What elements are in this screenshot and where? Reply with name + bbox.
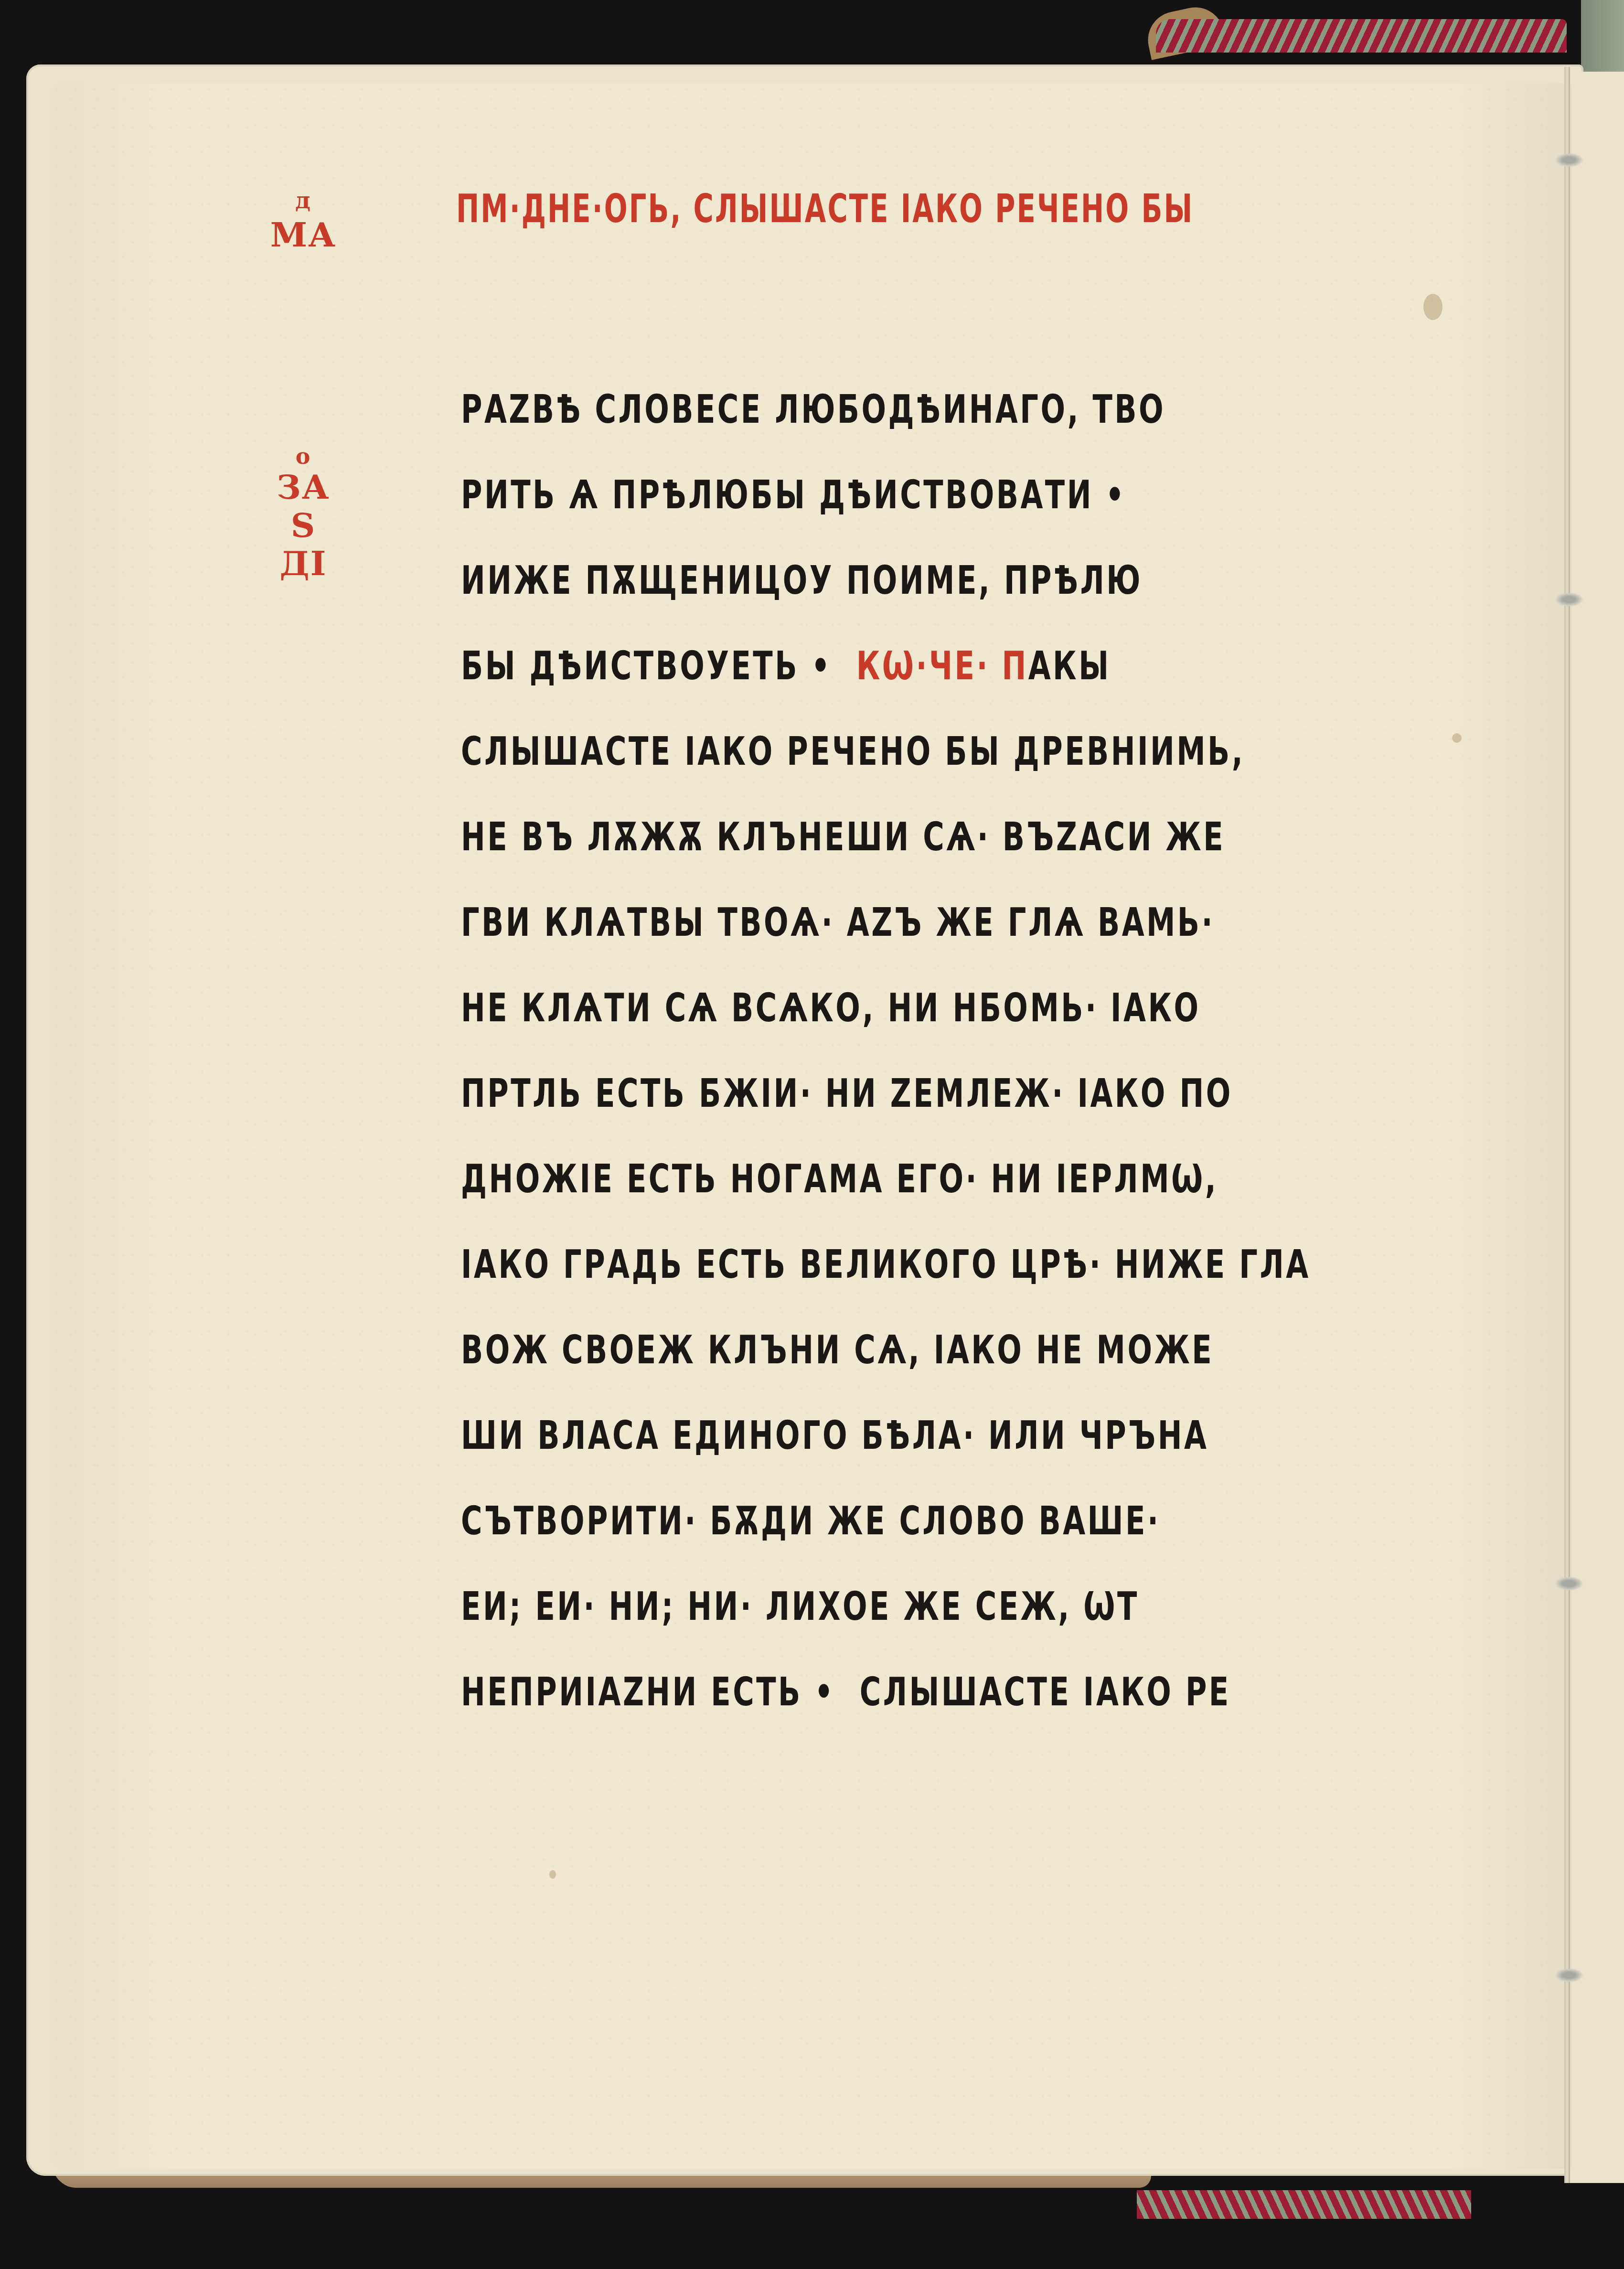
text-line: БЫ ДѢИСТВОУЕТЬ • КѠ·ЧЕ· П АКЫ xyxy=(461,600,1168,686)
line-text: СЛЫШАСТЕ ІАКО РЕЧЕНО БЫ ДРЕВНІИМЬ, xyxy=(461,732,1245,771)
line-text: ИИЖЕ ПѪЩЕНИЦОУ ПОИМЕ, ПРѢЛЮ xyxy=(461,561,1143,600)
text-line: ГВИ КЛѦТВЫ ТВОѦ· АZЪ ЖЕ ГЛѦ ВАМЬ· xyxy=(461,857,1168,942)
rubric-incipit: КѠ·ЧЕ· П xyxy=(856,647,1028,686)
text-line: НЕ КЛѦТИ СѦ ВСѦКО, НИ НБОМЬ· ІАКО xyxy=(461,942,1168,1028)
text-line: НЕ ВЪ ЛѪЖѪ КЛЪНЕШИ СѦ· ВЪZАСИ ЖЕ xyxy=(461,771,1168,857)
facing-leaf-edge xyxy=(1570,72,1624,2183)
binding-cord-bottom xyxy=(1137,2190,1471,2219)
line-text: ІАКО ГРАДЬ ЕСТЬ ВЕЛИКОГО ЦРѢ· НИЖЕ ГЛА xyxy=(461,1245,1311,1284)
line-text: ВОЖ СВОЕЖ КЛЪНИ СѦ, ІАКО НЕ МОЖЕ xyxy=(461,1331,1214,1370)
rubric-header: ПМ·ДНЕ·ОГЬ, СЛЫШАСТЕ ІАКО РЕЧЕНО БЫ xyxy=(456,186,1183,232)
gospel-reference: о ЗА S ДI xyxy=(265,444,342,583)
binding-cord-top xyxy=(1156,19,1567,53)
folio-mark-text: МА xyxy=(270,215,337,255)
line-text: ШИ ВЛАСА ЕДИНОГО БѢЛА· ИЛИ ЧРЪНА xyxy=(461,1416,1208,1456)
text-line: ПРТЛЬ ЕСТЬ БЖІИ· НИ ZЕМЛЕЖ· ІАКО ПО xyxy=(461,1028,1168,1113)
line-text: ПРТЛЬ ЕСТЬ БЖІИ· НИ ZЕМЛЕЖ· ІАКО ПО xyxy=(461,1074,1233,1113)
sewing-hole xyxy=(1555,153,1583,167)
folio-mark-superscript: д xyxy=(265,186,342,215)
gospel-reference-line: ДI xyxy=(265,545,342,583)
line-text: ЕИ; ЕИ· НИ; НИ· ЛИХОЕ ЖЕ СЕЖ, ѠТ xyxy=(461,1587,1139,1627)
sewing-hole xyxy=(1555,1968,1583,1982)
text-line: ДНОЖІЕ ЕСТЬ НОГАМА ЕГО· НИ ІЕРЛМѠ, xyxy=(461,1113,1168,1199)
line-text: БЫ ДѢИСТВОУЕТЬ • xyxy=(461,647,832,686)
text-line: ВОЖ СВОЕЖ КЛЪНИ СѦ, ІАКО НЕ МОЖЕ xyxy=(461,1284,1168,1370)
line-text-continued: АКЫ xyxy=(1028,647,1111,686)
stain xyxy=(1423,294,1442,320)
sewing-hole xyxy=(1555,592,1583,607)
stain xyxy=(549,1870,556,1879)
line-text: РИТЬ Ѧ ПРѢЛЮБЫ ДѢИСТВОВАТИ • xyxy=(461,476,1126,515)
stain xyxy=(1452,733,1462,743)
text-line: ШИ ВЛАСА ЕДИНОГО БѢЛА· ИЛИ ЧРЪНА xyxy=(461,1370,1168,1456)
text-line: ЕИ; ЕИ· НИ; НИ· ЛИХОЕ ЖЕ СЕЖ, ѠТ xyxy=(461,1541,1168,1627)
text-line: ИИЖЕ ПѪЩЕНИЦОУ ПОИМЕ, ПРѢЛЮ xyxy=(461,515,1168,600)
line-text: НЕПРИІАZНИ ЕСТЬ • xyxy=(461,1673,835,1712)
text-line: ІАКО ГРАДЬ ЕСТЬ ВЕЛИКОГО ЦРѢ· НИЖЕ ГЛА xyxy=(461,1199,1168,1284)
text-line: РИТЬ Ѧ ПРѢЛЮБЫ ДѢИСТВОВАТИ • xyxy=(461,429,1168,515)
text-line: СЛЫШАСТЕ ІАКО РЕЧЕНО БЫ ДРЕВНІИМЬ, xyxy=(461,686,1168,771)
gutter-fold xyxy=(1564,67,1570,2183)
gospel-reference-line: S xyxy=(265,506,342,545)
text-block: РАZВѢ СЛОВЕСЕ ЛЮБОДѢИНАГО, ТВО РИТЬ Ѧ ПР… xyxy=(461,344,1416,1712)
text-line: СЪТВОРИТИ· БѪДИ ЖЕ СЛОВО ВАШЕ· xyxy=(461,1456,1168,1541)
line-text: ДНОЖІЕ ЕСТЬ НОГАМА ЕГО· НИ ІЕРЛМѠ, xyxy=(461,1160,1218,1199)
line-text: СЪТВОРИТИ· БѪДИ ЖЕ СЛОВО ВАШЕ· xyxy=(461,1502,1160,1541)
text-line: РАZВѢ СЛОВЕСЕ ЛЮБОДѢИНАГО, ТВО xyxy=(461,344,1168,429)
line-text: НЕ КЛѦТИ СѦ ВСѦКО, НИ НБОМЬ· ІАКО xyxy=(461,989,1200,1028)
text-line: НЕПРИІАZНИ ЕСТЬ • СЛЫШАСТЕ ІАКО РЕ xyxy=(461,1627,1168,1712)
gospel-reference-line: ЗА xyxy=(265,468,342,506)
sewing-hole xyxy=(1555,1576,1583,1591)
line-text-continued: СЛЫШАСТЕ ІАКО РЕ xyxy=(860,1673,1231,1712)
folio-mark: д МА xyxy=(265,186,342,255)
line-text: РАZВѢ СЛОВЕСЕ ЛЮБОДѢИНАГО, ТВО xyxy=(461,390,1165,429)
line-text: НЕ ВЪ ЛѪЖѪ КЛЪНЕШИ СѦ· ВЪZАСИ ЖЕ xyxy=(461,818,1225,857)
line-text: ГВИ КЛѦТВЫ ТВОѦ· АZЪ ЖЕ ГЛѦ ВАМЬ· xyxy=(461,903,1215,942)
gospel-reference-superscript: о xyxy=(265,444,342,468)
